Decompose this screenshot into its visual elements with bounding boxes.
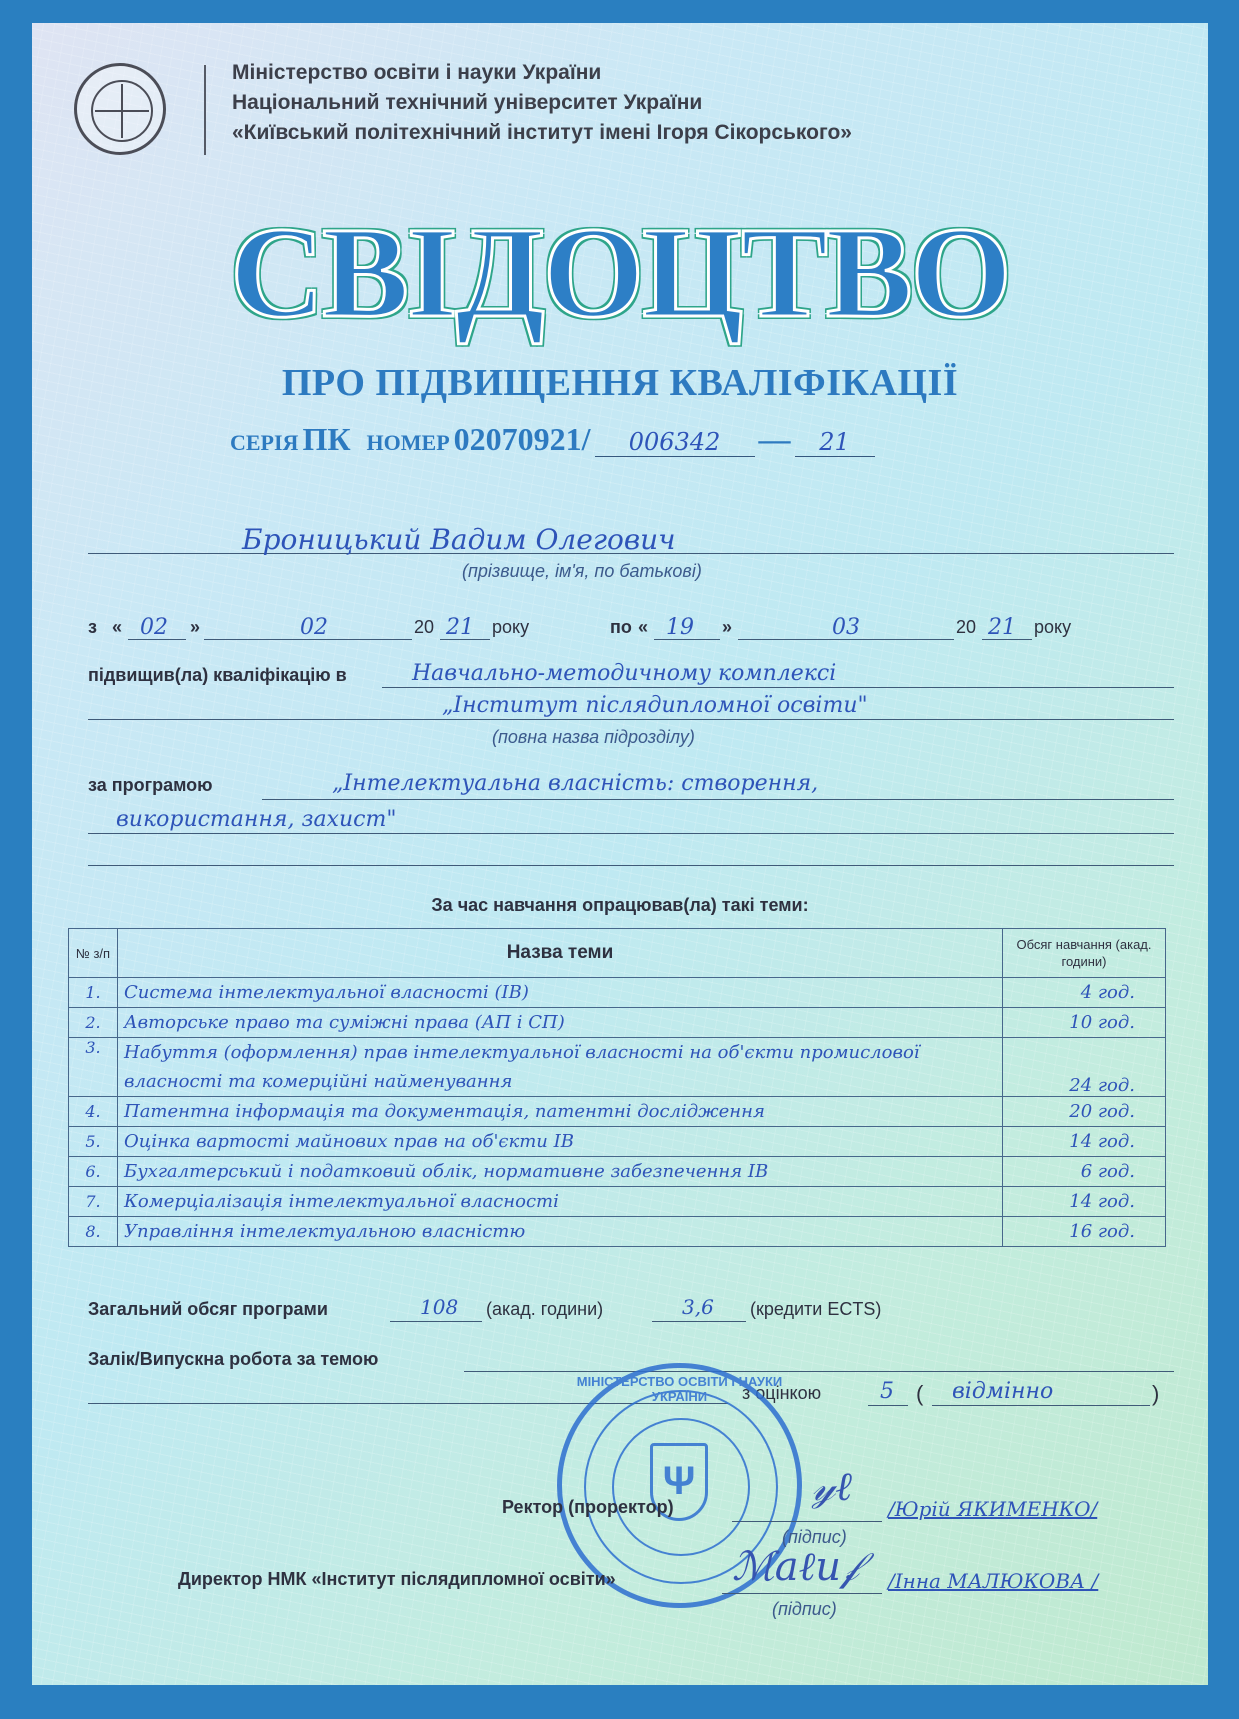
ministry-name: Міністерство освіти і науки України: [232, 61, 601, 85]
rector-signature: 𝓎ℓ: [812, 1463, 852, 1510]
total-hours: 108: [420, 1295, 458, 1319]
quote-open-2: «: [638, 617, 648, 638]
credits-unit: (кредити ECTS): [750, 1299, 881, 1320]
topics-table: № з/п Назва теми Обсяг навчання (акад. г…: [68, 928, 1166, 1247]
year-word-2: року: [1034, 617, 1071, 638]
row-number: 4.: [69, 1097, 118, 1127]
director-sign-line: [722, 1593, 882, 1594]
name-caption: (прізвище, ім'я, по батькові): [462, 561, 702, 582]
period-to-label: по: [610, 617, 632, 638]
row-number: 8.: [69, 1217, 118, 1247]
table-row: 7.Комерціалізація інтелектуальної власно…: [69, 1187, 1166, 1217]
period-from-label: з: [88, 617, 97, 638]
paren-open: (: [916, 1381, 923, 1407]
from-day: 02: [140, 615, 168, 640]
row-topic: Оцінка вартості майнових прав на об'єкти…: [118, 1127, 1003, 1157]
row-number: 2.: [69, 1008, 118, 1038]
number-suffix: 21: [795, 428, 875, 457]
table-row: 2.Авторське право та суміжні права (АП і…: [69, 1008, 1166, 1038]
table-row: 4.Патентна інформація та документація, п…: [69, 1097, 1166, 1127]
quote-close: »: [190, 617, 200, 638]
institute-name: «Київський політехнічний інститут імені …: [232, 121, 852, 145]
program-line-2: [88, 833, 1174, 834]
number-prefix: 02070921: [454, 421, 582, 457]
program-line2: використання, захист": [116, 807, 396, 832]
row-hours: 24 год.: [1003, 1038, 1166, 1097]
series-label: СЕРІЯ: [230, 430, 298, 455]
number-dash: —: [759, 421, 791, 457]
credits-line: [652, 1321, 746, 1322]
col-number: № з/п: [69, 929, 118, 978]
director-signature: ℳaℓu𝒻: [732, 1543, 859, 1590]
stamp-text: МІНІСТЕРСТВО ОСВІТИ І НАУКИ УКРАЇНИ: [562, 1374, 797, 1404]
total-credits: 3,6: [682, 1295, 714, 1319]
row-number: 7.: [69, 1187, 118, 1217]
final-work-line-1: [464, 1371, 1174, 1372]
rector-label: Ректор (проректор): [502, 1497, 674, 1518]
document-title: СВІДОЦТВО: [32, 198, 1208, 348]
person-name: Броницький Вадим Олегович: [242, 523, 676, 556]
row-topic: Патентна інформація та документація, пат…: [118, 1097, 1003, 1127]
row-hours: 14 год.: [1003, 1187, 1166, 1217]
grade-value: 5: [880, 1379, 894, 1404]
row-number: 1.: [69, 978, 118, 1008]
row-hours: 4 год.: [1003, 978, 1166, 1008]
unit-line1: Навчально-методичному комплексі: [412, 661, 836, 686]
unit-line2: „Інститут післядипломної освіти": [442, 693, 868, 718]
row-hours: 16 год.: [1003, 1217, 1166, 1247]
university-name: Національний технічний університет Украї…: [232, 91, 702, 115]
from-year: 21: [446, 615, 474, 640]
unit-caption: (повна назва підрозділу): [492, 727, 695, 748]
row-topic: Набуття (оформлення) прав інтелектуально…: [118, 1038, 1003, 1097]
slash: /: [582, 421, 591, 457]
row-hours: 6 год.: [1003, 1157, 1166, 1187]
row-hours: 10 год.: [1003, 1008, 1166, 1038]
quote-open: «: [112, 617, 122, 638]
table-row: 8.Управління інтелектуальною власністю16…: [69, 1217, 1166, 1247]
certificate-sheet: Міністерство освіти і науки України Наці…: [32, 23, 1208, 1685]
grade-text: відмінно: [952, 1379, 1053, 1404]
number-label: НОМЕР: [367, 430, 450, 455]
row-topic: Комерціалізація інтелектуальної власност…: [118, 1187, 1003, 1217]
table-row: 6.Бухгалтерський і податковий облік, нор…: [69, 1157, 1166, 1187]
university-emblem-icon: [74, 63, 166, 155]
program-line1: „Інтелектуальна власність: створення,: [332, 771, 818, 796]
hours-line: [390, 1321, 482, 1322]
director-sign-caption: (підпис): [772, 1599, 837, 1620]
table-row: 3.Набуття (оформлення) прав інтелектуаль…: [69, 1038, 1166, 1097]
table-row: 1.Система інтелектуальної власності (ІВ)…: [69, 978, 1166, 1008]
row-topic: Бухгалтерський і податковий облік, норма…: [118, 1157, 1003, 1187]
document-subtitle: ПРО ПІДВИЩЕННЯ КВАЛІФІКАЦІЇ: [32, 361, 1208, 405]
totals-label: Загальний обсяг програми: [88, 1299, 328, 1320]
to-year: 21: [988, 615, 1016, 640]
year-word-1: року: [492, 617, 529, 638]
col-hours: Обсяг навчання (акад. години): [1003, 929, 1166, 978]
rector-sign-line: [732, 1521, 882, 1522]
header-divider: [204, 65, 206, 155]
to-day: 19: [666, 615, 694, 640]
unit-line-1: [382, 687, 1174, 688]
series-value: ПК: [302, 421, 350, 457]
row-hours: 20 год.: [1003, 1097, 1166, 1127]
director-name: /Інна МАЛЮКОВА /: [888, 1569, 1098, 1593]
hours-unit: (акад. години): [486, 1299, 603, 1320]
serial-number: СЕРІЯ ПК НОМЕР 02070921/ 006342 — 21: [230, 421, 875, 458]
row-topic: Система інтелектуальної власності (ІВ): [118, 978, 1003, 1008]
number-value: 006342: [595, 428, 755, 457]
quote-close-2: »: [722, 617, 732, 638]
col-topic: Назва теми: [118, 929, 1003, 978]
to-year-prefix: 20: [956, 617, 976, 638]
from-month: 02: [300, 615, 328, 640]
row-topic: Управління інтелектуальною власністю: [118, 1217, 1003, 1247]
row-number: 6.: [69, 1157, 118, 1187]
unit-label: підвищив(ла) кваліфікацію в: [88, 665, 347, 686]
table-row: 5.Оцінка вартості майнових прав на об'єк…: [69, 1127, 1166, 1157]
director-label: Директор НМК «Інститут післядипломної ос…: [178, 1569, 616, 1590]
row-topic: Авторське право та суміжні права (АП і С…: [118, 1008, 1003, 1038]
grade-text-line: [932, 1405, 1150, 1406]
rector-name: /Юрій ЯКИМЕНКО/: [888, 1497, 1097, 1521]
grade-line: [868, 1405, 908, 1406]
row-number: 3.: [69, 1038, 118, 1097]
to-month: 03: [832, 615, 860, 640]
row-hours: 14 год.: [1003, 1127, 1166, 1157]
from-year-prefix: 20: [414, 617, 434, 638]
program-label: за програмою: [88, 775, 213, 796]
final-work-label: Залік/Випускна робота за темою: [88, 1349, 378, 1370]
program-line-3: [88, 865, 1174, 866]
program-line-1: [262, 799, 1174, 800]
paren-close: ): [1152, 1381, 1159, 1407]
unit-line-2: [88, 719, 1174, 720]
row-number: 5.: [69, 1127, 118, 1157]
topics-heading: За час навчання опрацював(ла) такі теми:: [32, 895, 1208, 916]
